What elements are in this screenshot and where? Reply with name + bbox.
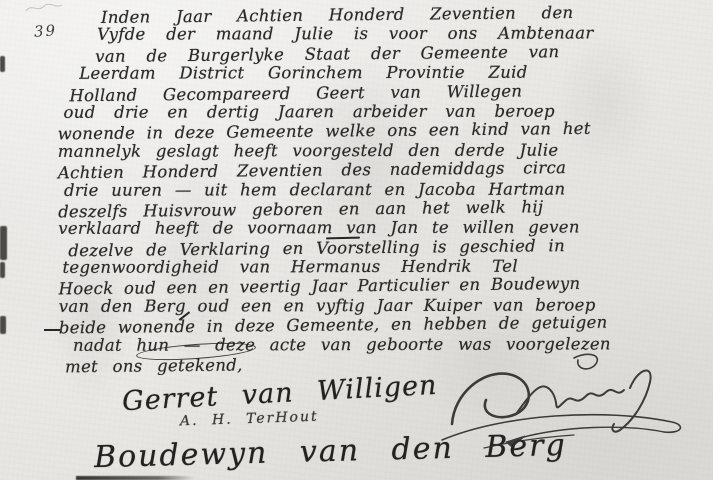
official-signature-flourish [424, 352, 709, 457]
scan-edge-artifact [0, 316, 6, 334]
scan-edge-artifact [0, 56, 5, 72]
signature-witness-initials: A. H. TerHout [180, 409, 319, 430]
margin-dash [44, 329, 60, 331]
scan-edge-artifact [0, 226, 7, 260]
scan-edge-artifact [76, 476, 194, 480]
act-body-text: Inden Jaar Achtien Honderd Zeventien den… [57, 3, 707, 375]
scan-edge-artifact [0, 262, 5, 278]
act-number: 39 [33, 21, 57, 41]
scanned-document-page: 39 Inden Jaar Achtien Honderd Zeventien … [0, 0, 713, 480]
